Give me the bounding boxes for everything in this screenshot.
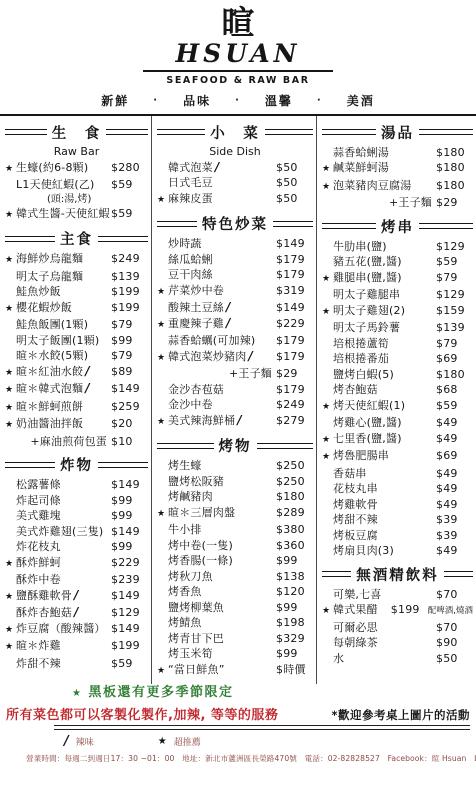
menu-item: ★暄＊三層肉盤$289 xyxy=(157,505,313,523)
item-name: 美式炸雞翅(三隻) xyxy=(16,524,103,540)
tagline-dot: · xyxy=(317,95,323,106)
item-name: 烤青甘下巴 xyxy=(168,631,224,647)
item-price: $180 xyxy=(436,145,473,161)
menu-item: ★七里香(鹽,醬)$49 xyxy=(322,431,473,449)
menu-item: 暄＊水餃(5顆)$79 xyxy=(5,348,148,364)
menu-item: 水$50 xyxy=(322,651,473,667)
item-price: $99 xyxy=(111,493,148,509)
item-price: $120 xyxy=(276,584,313,600)
item-name: 炸甜不辣 xyxy=(16,656,61,672)
item-name: “當日鮮魚” xyxy=(168,662,225,678)
star-icon: ★ xyxy=(5,383,16,399)
star-icon: ★ xyxy=(5,640,16,656)
item-name: 暄＊水餃(5顆) xyxy=(16,348,88,364)
item-name: 鮭魚飯團(1顆) xyxy=(16,317,88,333)
section-rule xyxy=(157,129,205,135)
item-price: $59 xyxy=(111,177,148,193)
customization-note: 所有菜色都可以客製化製作,加辣, 等等的服務 xyxy=(6,704,278,723)
tagline-dot: · xyxy=(153,95,159,106)
menu-item: 明太子烏龍麵$139 xyxy=(5,269,148,285)
item-price: $69 xyxy=(436,351,473,367)
item-name: 炸花枝丸 xyxy=(16,539,61,555)
star-icon: ★ xyxy=(5,590,16,606)
item-price: $49 xyxy=(436,481,473,497)
star-icon: ★ xyxy=(322,604,333,620)
item-price: $時價 xyxy=(276,662,313,678)
star-icon: ★ xyxy=(157,415,168,431)
item-name: +麻油煎荷包蛋 xyxy=(30,434,107,450)
item-price: $68 xyxy=(436,382,473,398)
chili-icon: / xyxy=(226,300,230,316)
section-rule xyxy=(265,129,313,135)
item-name: 烤鯖魚 xyxy=(168,615,202,631)
item-price: $29 xyxy=(276,366,313,382)
item-price: $49 xyxy=(436,466,473,482)
menu-item: ★韓式泡菜炒豬肉/$179 xyxy=(157,349,313,367)
section-title: 無酒精飲料 xyxy=(356,564,439,585)
restaurant-logo-chinese: 暄 xyxy=(0,6,476,41)
section-rule xyxy=(419,223,473,229)
item-name: 豬五花(鹽,醬) xyxy=(333,254,402,270)
section-header: 特色炒菜 xyxy=(157,213,313,234)
item-name: 酥炸中卷 xyxy=(16,572,61,588)
menu-item: ★美式辣海鮮桶/$279 xyxy=(157,413,313,431)
menu-item: 豬五花(鹽,醬)$59 xyxy=(322,254,473,270)
menu-item: ★“當日鮮魚”$時價 xyxy=(157,662,313,680)
item-price: $99 xyxy=(111,539,148,555)
menu-item: 烤香魚$120 xyxy=(157,584,313,600)
item-price: $129 xyxy=(436,239,473,255)
item-name: 明太子飯團(1顆) xyxy=(16,333,99,349)
menu-item: 每朝綠茶$90 xyxy=(322,635,473,651)
item-name: 蒜香蛤蜊湯 xyxy=(333,145,389,161)
chili-icon: / xyxy=(248,349,252,365)
seasonal-note: ★黑板還有更多季節限定 xyxy=(6,684,470,703)
menu-columns: 生 食Raw Bar★生蠔(約6-8顆)$280L1天使紅蝦(乙)$59(頭:湯… xyxy=(0,116,476,685)
menu-item: ★雞腿串(鹽,醬)$79 xyxy=(322,270,473,288)
section-rule xyxy=(5,129,47,135)
item-price: $99 xyxy=(111,508,148,524)
item-name: 生蠔(約6-8顆) xyxy=(16,160,88,176)
menu-item: 烤生蠔$250 xyxy=(157,458,313,474)
item-name: 鹽烤白蝦(5) xyxy=(333,367,394,383)
menu-item: 牛肋串(鹽)$129 xyxy=(322,239,473,255)
item-price: $199 xyxy=(111,300,148,316)
chili-icon: / xyxy=(74,605,78,621)
restaurant-subtitle: SEAFOOD & RAW BAR xyxy=(0,75,476,86)
item-price: $139 xyxy=(111,269,148,285)
item-name: 蒜香蛤蠣(可加辣) xyxy=(168,333,255,349)
star-icon: ★ xyxy=(5,418,16,434)
tagline-item: 新鮮 xyxy=(101,92,129,109)
menu-item: +麻油煎荷包蛋$10 xyxy=(5,434,148,450)
item-name: 暄＊炸雞 xyxy=(16,638,61,654)
section-side-dish: 小 菜Side Dish韓式泡菜/$50日式毛豆$50★麻辣皮蛋$50 xyxy=(157,122,313,209)
item-price: $70 xyxy=(436,620,473,636)
star-icon: ★ xyxy=(157,664,168,680)
item-price: $149 xyxy=(111,588,148,604)
item-price: $99 xyxy=(276,553,313,569)
item-price: $198 xyxy=(276,615,313,631)
item-price: $69 xyxy=(436,448,473,464)
item-name: 烤雞心(鹽,醬) xyxy=(333,415,402,431)
item-name: 絲瓜蛤蜊 xyxy=(168,252,213,268)
item-price: $149 xyxy=(111,524,148,540)
menu-item: ★鹹菜鮮蚵湯$180 xyxy=(322,160,473,178)
menu-column-3: 湯品蒜香蛤蜊湯$180★鹹菜鮮蚵湯$180★泡菜豬肉豆腐湯$180+王子麵$29… xyxy=(316,116,476,685)
menu-item: 鮭魚炒飯$199 xyxy=(5,284,148,300)
star-icon: ★ xyxy=(157,285,168,301)
menu-item: 烤青甘下巴$329 xyxy=(157,631,313,647)
menu-header: 暄 HSUAN SEAFOOD & RAW BAR 新鮮·品味·溫馨·美酒 xyxy=(0,0,476,116)
legend: / 辣味 ★ 超推薦 xyxy=(6,734,470,749)
menu-column-2: 小 菜Side Dish韓式泡菜/$50日式毛豆$50★麻辣皮蛋$50特色炒菜炒… xyxy=(151,116,316,685)
menu-item: 酥炸杏鮑菇/$129 xyxy=(5,605,148,621)
item-name: 烤玉米筍 xyxy=(168,646,213,662)
section-stir-fry: 特色炒菜炒時蔬$149絲瓜蛤蜊$179豆干肉絲$179★芹菜炒中卷$319酸辣土… xyxy=(157,213,313,430)
menu-item: ★芹菜炒中卷$319 xyxy=(157,283,313,301)
star-icon: ★ xyxy=(322,433,333,449)
section-grilled: 烤物烤生蠔$250鹽烤松阪豬$250烤鹹豬肉$180★暄＊三層肉盤$289牛小排… xyxy=(157,435,313,679)
section-header: 湯品 xyxy=(322,122,473,143)
item-name: 明太子雞腿串 xyxy=(333,287,400,303)
item-name: 炸豆腐（酸辣醬） xyxy=(16,621,106,637)
menu-item: ★酥炸鮮蚵$229 xyxy=(5,555,148,573)
menu-item: ★暄＊鮮蚵煎餅$259 xyxy=(5,399,148,417)
table-pictures-note: *歡迎參考桌上圖片的活動 xyxy=(331,707,470,723)
menu-item: 韓式泡菜/$50 xyxy=(157,160,313,176)
legend-spicy-label: 辣味 xyxy=(76,735,94,748)
menu-item: 明太子飯團(1顆)$99 xyxy=(5,333,148,349)
item-price: $179 xyxy=(276,252,313,268)
item-price: $59 xyxy=(436,254,473,270)
item-price: $99 xyxy=(111,333,148,349)
menu-item: 炸甜不辣$59 xyxy=(5,656,148,672)
menu-item: 鹽烤柳葉魚$99 xyxy=(157,600,313,616)
star-icon: ★ xyxy=(5,401,16,417)
seasonal-note-text: 黑板還有更多季節限定 xyxy=(88,685,233,700)
item-price: $79 xyxy=(436,270,473,286)
legend-spicy: / 辣味 xyxy=(64,734,94,749)
menu-item: ★烤天使紅蝦(1)$59 xyxy=(322,398,473,416)
chili-icon: / xyxy=(226,316,230,332)
item-price: $360 xyxy=(276,538,313,554)
menu-column-1: 生 食Raw Bar★生蠔(約6-8顆)$280L1天使紅蝦(乙)$59(頭:湯… xyxy=(0,116,151,685)
item-name: 鹽酥雞軟骨 xyxy=(16,588,72,604)
menu-item: 烤板豆腐$39 xyxy=(322,528,473,544)
section-header: 主食 xyxy=(5,228,148,249)
section-rule xyxy=(106,129,148,135)
chili-icon: / xyxy=(64,734,69,749)
chili-icon: / xyxy=(85,364,89,380)
menu-item: 酥炸中卷$239 xyxy=(5,572,148,588)
section-title: 炸物 xyxy=(60,454,93,475)
item-price: $10 xyxy=(111,434,148,450)
item-price: $250 xyxy=(276,474,313,490)
star-icon: ★ xyxy=(158,736,167,747)
tagline-item: 溫馨 xyxy=(265,92,293,109)
menu-item: 日式毛豆$50 xyxy=(157,175,313,191)
menu-item: ★暄＊炸雞$199 xyxy=(5,638,148,656)
item-note: 配啤酒,燒酒 xyxy=(428,604,473,620)
star-icon: ★ xyxy=(157,193,168,209)
item-price: $239 xyxy=(111,572,148,588)
menu-item: ★櫻花蝦炒飯$199 xyxy=(5,300,148,318)
item-name: 韓式果醋 xyxy=(333,602,378,618)
notes-row: 所有菜色都可以客製化製作,加辣, 等等的服務 *歡迎參考桌上圖片的活動 xyxy=(6,704,470,723)
item-name: 烤香腸(一條) xyxy=(168,553,233,569)
menu-item: 鹽烤白蝦(5)$180 xyxy=(322,367,473,383)
item-price: $180 xyxy=(276,489,313,505)
item-price: $49 xyxy=(436,415,473,431)
item-price: $279 xyxy=(276,413,313,429)
item-price: $149 xyxy=(111,477,148,493)
item-price: $289 xyxy=(276,505,313,521)
item-price: $50 xyxy=(276,175,313,191)
item-price: $129 xyxy=(436,287,473,303)
item-name: 牛小排 xyxy=(168,522,202,538)
menu-item: 可爾必思$70 xyxy=(322,620,473,636)
logo-divider xyxy=(143,70,333,72)
menu-item: 烤扇貝肉(3)$49 xyxy=(322,543,473,559)
item-price: $179 xyxy=(276,349,313,365)
section-header: 小 菜 xyxy=(157,122,313,143)
item-price: $49 xyxy=(436,497,473,513)
section-rule xyxy=(273,221,313,227)
menu-item: 明太子雞腿串$129 xyxy=(322,287,473,303)
item-name: 每朝綠茶 xyxy=(333,635,378,651)
menu-item: ★海鮮炒烏龍麵$249 xyxy=(5,251,148,269)
star-icon: ★ xyxy=(5,162,16,178)
item-name: 烤鹹豬肉 xyxy=(168,489,213,505)
star-icon: ★ xyxy=(157,507,168,523)
legend-recommended-label: 超推薦 xyxy=(174,735,201,748)
menu-item: 松露薯條$149 xyxy=(5,477,148,493)
star-icon: ★ xyxy=(322,450,333,466)
menu-item: 明太子馬鈴薯$139 xyxy=(322,320,473,336)
menu-item: ★麻辣皮蛋$50 xyxy=(157,191,313,209)
item-price: $179 xyxy=(276,333,313,349)
section-rule xyxy=(98,236,148,242)
tagline-dot: · xyxy=(235,95,241,106)
item-name: L1天使紅蝦(乙) xyxy=(16,177,95,193)
menu-item: ★重慶辣子雞/$229 xyxy=(157,316,313,334)
menu-item: 炸花枝丸$99 xyxy=(5,539,148,555)
item-name: +王子麵 xyxy=(389,195,432,211)
item-name: 烤雞軟骨 xyxy=(333,497,378,513)
item-price: $50 xyxy=(436,651,473,667)
footer-divider xyxy=(54,725,470,730)
item-name: +王子麵 xyxy=(229,366,272,382)
item-name: 炸起司條 xyxy=(16,493,61,509)
item-name: 七里香(鹽,醬) xyxy=(333,431,402,447)
star-icon: ★ xyxy=(5,557,16,573)
item-price: $149 xyxy=(276,300,313,316)
menu-item: 香菇串$49 xyxy=(322,466,473,482)
menu-item: ★鹽酥雞軟骨/$149 xyxy=(5,588,148,606)
section-title: 烤串 xyxy=(381,216,414,237)
menu-item: ★韓式生醬-天使紅蝦$59 xyxy=(5,206,148,224)
item-price: $180 xyxy=(436,178,473,194)
item-price: $59 xyxy=(111,206,148,222)
item-price: $199 xyxy=(111,638,148,654)
section-rule xyxy=(5,236,55,242)
item-name: 日式毛豆 xyxy=(168,175,213,191)
menu-item: 金沙杏苞菇$179 xyxy=(157,382,313,398)
item-name: 暄＊韓式泡麵 xyxy=(16,381,83,397)
item-name: 炒時蔬 xyxy=(168,236,202,252)
section-skewers: 烤串牛肋串(鹽)$129豬五花(鹽,醬)$59★雞腿串(鹽,醬)$79明太子雞腿… xyxy=(322,216,473,559)
menu-item: ★暄＊韓式泡麵/$149 xyxy=(5,381,148,399)
item-name: 暄＊三層肉盤 xyxy=(168,505,235,521)
item-name: 水 xyxy=(333,651,344,667)
item-subnote: (頭:湯,烤) xyxy=(5,193,148,206)
chili-icon: / xyxy=(74,588,78,604)
business-info: 營業時間：每週二到週日17：30 ~01：00 地址：新北市蘆洲區長榮路470號… xyxy=(6,753,470,764)
item-name: 重慶辣子雞 xyxy=(168,316,224,332)
menu-item: 絲瓜蛤蜊$179 xyxy=(157,252,313,268)
section-rule xyxy=(444,571,473,577)
menu-item: +王子麵$29 xyxy=(157,366,313,382)
item-name: 烤香魚 xyxy=(168,584,202,600)
item-name: 烤魯肥腸串 xyxy=(333,448,389,464)
star-icon: ★ xyxy=(5,208,16,224)
item-name: 烤甜不辣 xyxy=(333,512,378,528)
item-name: 暄＊紅油水餃 xyxy=(16,364,83,380)
menu-item: 可樂,七喜$70 xyxy=(322,587,473,603)
item-price: $149 xyxy=(111,621,148,637)
section-rule xyxy=(322,223,376,229)
section-mains: 主食★海鮮炒烏龍麵$249明太子烏龍麵$139鮭魚炒飯$199★櫻花蝦炒飯$19… xyxy=(5,228,148,449)
menu-item: ★生蠔(約6-8顆)$280 xyxy=(5,160,148,178)
item-price: $229 xyxy=(276,316,313,332)
item-price: $50 xyxy=(276,160,313,176)
chili-icon: / xyxy=(85,381,89,397)
menu-item: L1天使紅蝦(乙)$59 xyxy=(5,177,148,193)
item-name: 麻辣皮蛋 xyxy=(168,191,213,207)
item-name: 牛肋串(鹽) xyxy=(333,239,387,255)
chili-icon: / xyxy=(237,413,241,429)
star-icon: ★ xyxy=(5,623,16,639)
menu-item: 培根捲蘆筍$79 xyxy=(322,336,473,352)
section-rule xyxy=(322,129,376,135)
star-icon: ★ xyxy=(157,318,168,334)
menu-item: ★明太子雞翅(2)$159 xyxy=(322,303,473,321)
menu-item: 烤杏鮑菇$68 xyxy=(322,382,473,398)
star-icon: ★ xyxy=(72,688,82,699)
item-name: 烤生蠔 xyxy=(168,458,202,474)
item-name: 明太子雞翅(2) xyxy=(333,303,405,319)
item-price: $329 xyxy=(276,631,313,647)
item-price: $319 xyxy=(276,283,313,299)
item-price: $20 xyxy=(111,416,148,432)
menu-item: 金沙中卷$249 xyxy=(157,397,313,413)
item-name: 烤杏鮑菇 xyxy=(333,382,378,398)
item-price: $159 xyxy=(436,303,473,319)
section-header: 炸物 xyxy=(5,454,148,475)
menu-item: 烤鯖魚$198 xyxy=(157,615,313,631)
item-name: 香菇串 xyxy=(333,466,367,482)
item-price: $199 xyxy=(111,284,148,300)
item-price: $79 xyxy=(111,317,148,333)
item-name: 培根捲蘆筍 xyxy=(333,336,389,352)
item-price: $79 xyxy=(436,336,473,352)
menu-item: ★烤魯肥腸串$69 xyxy=(322,448,473,466)
item-price: $129 xyxy=(111,605,148,621)
menu-item: 烤玉米筍$99 xyxy=(157,646,313,662)
section-soup: 湯品蒜香蛤蜊湯$180★鹹菜鮮蚵湯$180★泡菜豬肉豆腐湯$180+王子麵$29 xyxy=(322,122,473,211)
item-price: $99 xyxy=(276,646,313,662)
item-name: 酥炸鮮蚵 xyxy=(16,555,61,571)
section-fried: 炸物松露薯條$149炸起司條$99美式雞塊$99美式炸雞翅(三隻)$149炸花枝… xyxy=(5,454,148,671)
item-name: 明太子馬鈴薯 xyxy=(333,320,400,336)
item-price: $199 xyxy=(391,602,428,618)
menu-page: 暄 HSUAN SEAFOOD & RAW BAR 新鮮·品味·溫馨·美酒 生 … xyxy=(0,0,476,800)
section-header: 生 食 xyxy=(5,122,148,143)
section-title: 烤物 xyxy=(219,435,252,456)
section-rule xyxy=(98,462,148,468)
item-name: 鹽烤柳葉魚 xyxy=(168,600,224,616)
item-name: 豆干肉絲 xyxy=(168,267,213,283)
item-name: 金沙中卷 xyxy=(168,397,213,413)
item-price: $250 xyxy=(276,458,313,474)
menu-item: 花枝丸串$49 xyxy=(322,481,473,497)
item-price: $59 xyxy=(111,656,148,672)
item-name: 花枝丸串 xyxy=(333,481,378,497)
star-icon: ★ xyxy=(322,400,333,416)
chili-icon: / xyxy=(215,160,219,176)
menu-item: ★暄＊紅油水餃/$89 xyxy=(5,364,148,382)
section-rule xyxy=(322,571,351,577)
item-name: 烤天使紅蝦(1) xyxy=(333,398,405,414)
section-subtitle: Raw Bar xyxy=(5,145,148,158)
menu-item: 蒜香蛤蜊湯$180 xyxy=(322,145,473,161)
menu-item: 鹽烤松阪豬$250 xyxy=(157,474,313,490)
menu-item: 烤秋刀魚$138 xyxy=(157,569,313,585)
item-price: $180 xyxy=(436,160,473,176)
item-name: 烤扇貝肉(3) xyxy=(333,543,394,559)
item-price: $49 xyxy=(436,431,473,447)
item-price: $49 xyxy=(436,543,473,559)
tagline-item: 美酒 xyxy=(347,92,375,109)
menu-item: 酸辣土豆絲/$149 xyxy=(157,300,313,316)
item-price: $89 xyxy=(111,364,148,380)
star-icon: ★ xyxy=(322,272,333,288)
item-name: 金沙杏苞菇 xyxy=(168,382,224,398)
star-icon: ★ xyxy=(5,302,16,318)
item-price: $90 xyxy=(436,635,473,651)
tagline: 新鮮·品味·溫馨·美酒 xyxy=(0,92,476,109)
section-rule xyxy=(157,221,197,227)
section-raw-bar: 生 食Raw Bar★生蠔(約6-8顆)$280L1天使紅蝦(乙)$59(頭:湯… xyxy=(5,122,148,224)
star-icon: ★ xyxy=(322,162,333,178)
menu-item: 炒時蔬$149 xyxy=(157,236,313,252)
legend-recommended: ★ 超推薦 xyxy=(158,735,201,748)
menu-item: ★泡菜豬肉豆腐湯$180 xyxy=(322,178,473,196)
item-name: 鮭魚炒飯 xyxy=(16,284,61,300)
menu-item: ★炸豆腐（酸辣醬）$149 xyxy=(5,621,148,639)
menu-item: 炸起司條$99 xyxy=(5,493,148,509)
item-name: 烤中卷(一隻) xyxy=(168,538,233,554)
item-name: 櫻花蝦炒飯 xyxy=(16,300,72,316)
item-name: 烤秋刀魚 xyxy=(168,569,213,585)
item-name: 酥炸杏鮑菇 xyxy=(16,605,72,621)
item-price: $229 xyxy=(111,555,148,571)
section-title: 特色炒菜 xyxy=(202,213,268,234)
star-icon: ★ xyxy=(157,351,168,367)
section-title: 主食 xyxy=(60,228,93,249)
section-title: 生 食 xyxy=(52,122,102,143)
